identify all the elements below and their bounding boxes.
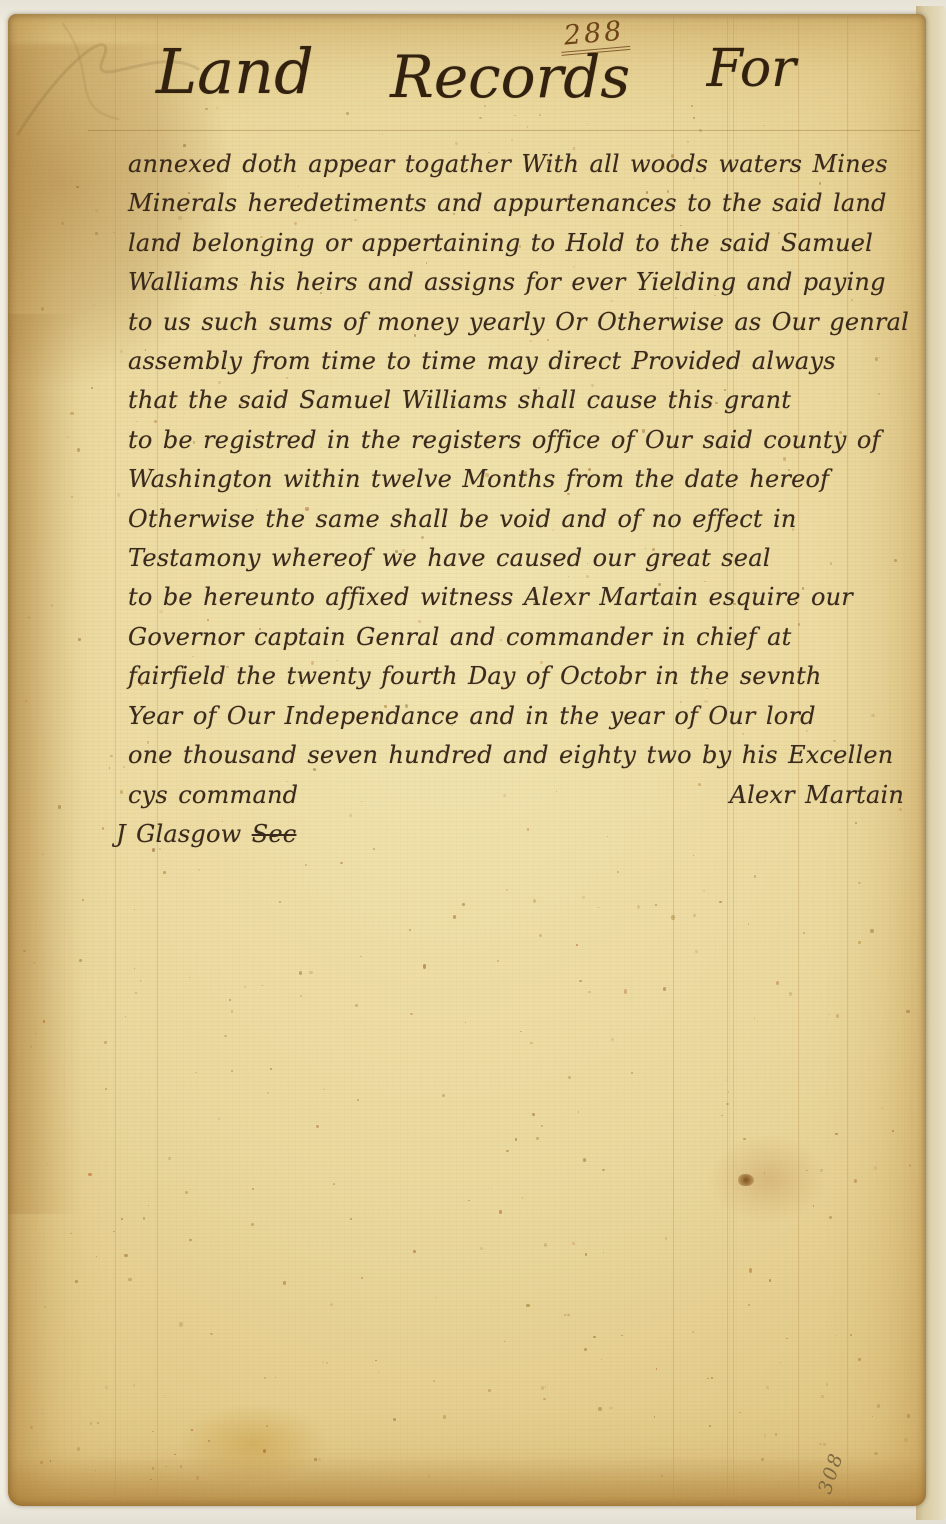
stain-mid-right <box>708 1134 828 1224</box>
title-word-records: Records <box>390 40 630 115</box>
stain-left-edge <box>8 314 98 1214</box>
deed-line: to us such sums of money yearly Or Other… <box>128 303 914 342</box>
deed-line: to be hereunto affixed witness Alexr Mar… <box>128 578 914 617</box>
stain-bottom-center <box>178 1404 328 1484</box>
deed-text: annexed doth appear togather With all wo… <box>128 145 914 854</box>
clerk-title-struck: Sec <box>252 820 297 848</box>
header-rule <box>88 130 920 131</box>
deed-line: Governor captain Genral and commander in… <box>128 618 914 657</box>
deed-line: that the said Samuel Williams shall caus… <box>128 381 914 420</box>
clerk-name: J Glasgow <box>116 820 252 848</box>
ink-spot <box>738 1174 754 1186</box>
margin-rule-left-1 <box>115 14 116 1506</box>
deed-line: to be registred in the registers office … <box>128 421 914 460</box>
governor-signature: Alexr Martain <box>730 776 904 815</box>
deed-line: Washington within twelve Months from the… <box>128 460 914 499</box>
ledger-page: 288 Land Records For annexed doth appear… <box>8 14 926 1506</box>
scanned-document: { "doc": { "page_number": "288", "corner… <box>0 0 946 1524</box>
deed-line: one thousand seven hundred and eighty tw… <box>128 736 914 775</box>
deed-line: land belonging or appertaining to Hold t… <box>128 224 914 263</box>
title-word-for: For <box>707 36 796 104</box>
deed-line: Year of Our Independance and in the year… <box>128 697 914 736</box>
deed-line: Testamony whereof we have caused our gre… <box>128 539 914 578</box>
deed-line: fairfield the twenty fourth Day of Octob… <box>128 657 914 696</box>
deed-line: Otherwise the same shall be void and of … <box>128 500 914 539</box>
deed-line: annexed doth appear togather With all wo… <box>128 145 914 184</box>
clerk-signature: J Glasgow Sec <box>116 815 914 854</box>
deed-line: Minerals heredetiments and appurtenances… <box>128 184 914 223</box>
deed-line: Walliams his heirs and assigns for ever … <box>128 263 914 302</box>
deed-line: assembly from time to time may direct Pr… <box>128 342 914 381</box>
page-title: Land Records For <box>156 32 796 115</box>
closing-words: cys command <box>128 776 298 815</box>
closing-line: cys command Alexr Martain <box>128 776 914 815</box>
stain-bottom-edge <box>8 1444 926 1506</box>
corner-number: 308 <box>814 1450 848 1497</box>
title-word-land: Land <box>156 32 314 113</box>
